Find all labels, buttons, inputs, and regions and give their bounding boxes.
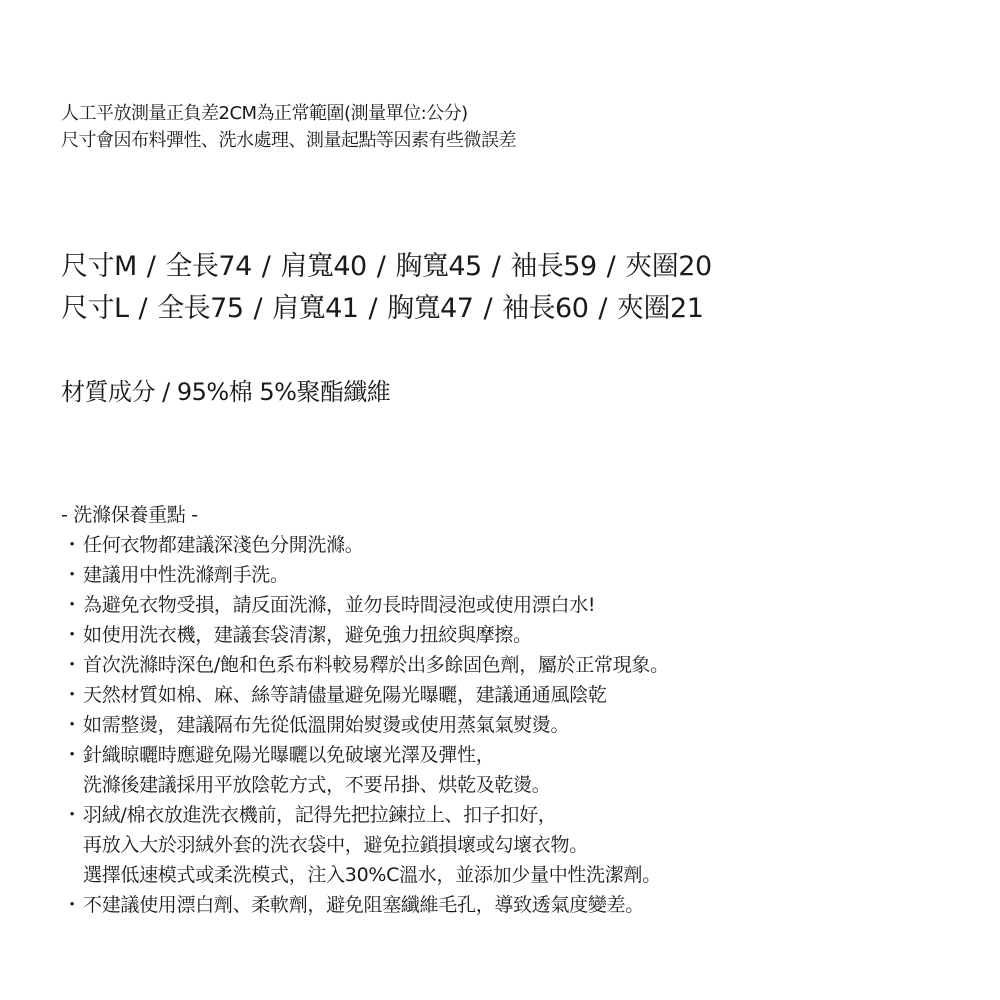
bullet-icon: ・ (61, 740, 83, 800)
shoulder-width: 肩寬41 (272, 293, 358, 324)
care-item: ・ 任何衣物都建議深淺色分開洗滌。 (61, 530, 669, 560)
care-title: - 洗滌保養重點 - (61, 500, 669, 530)
care-text: 洗滌後建議採用平放陰乾方式，不要吊掛、烘乾及乾燙。 (83, 770, 551, 800)
care-item: ・ 為避免衣物受損，請反面洗滌，並勿長時間浸泡或使用漂白水! (61, 590, 669, 620)
care-text: 首次洗滌時深色/飽和色系布料較易釋於出多餘固色劑，屬於正常現象。 (83, 650, 669, 680)
care-text: 建議用中性洗滌劑手洗。 (83, 560, 289, 590)
bullet-icon: ・ (61, 530, 83, 560)
bullet-icon: ・ (61, 590, 83, 620)
care-text: 選擇低速模式或柔洗模式，注入30%C溫水，並添加少量中性洗潔劑。 (83, 860, 661, 890)
separator: / (139, 293, 148, 324)
bullet-icon: ・ (61, 710, 83, 740)
total-length: 全長74 (165, 251, 251, 282)
bullet-icon: ・ (61, 620, 83, 650)
sleeve-length: 袖長59 (510, 251, 596, 282)
separator: / (147, 251, 156, 282)
size-label: 尺寸M (61, 251, 137, 282)
care-item: ・ 如使用洗衣機，建議套袋清潔，避免強力扭絞與摩擦。 (61, 620, 669, 650)
bullet-icon: ・ (61, 680, 83, 710)
measurement-note: 人工平放測量正負差2CM為正常範圍(測量單位:公分) 尺寸會因布料彈性、洗水處理… (61, 100, 516, 154)
size-row-l: 尺寸L/全長75/肩寬41/胸寬47/袖長60/夾圈21 (61, 288, 712, 330)
care-item: ・ 羽絨/棉衣放進洗衣機前，記得先把拉鍊拉上、扣子扣好， 再放入大於羽絨外套的洗… (61, 800, 669, 890)
chest-width: 胸寬45 (395, 251, 481, 282)
bullet-icon: ・ (61, 560, 83, 590)
bullet-icon: ・ (61, 890, 83, 920)
care-text: 不建議使用漂白劑、柔軟劑，避免阻塞纖維毛孔，導致透氣度變差。 (83, 890, 644, 920)
bullet-icon: ・ (61, 800, 83, 890)
separator: / (483, 293, 492, 324)
care-instructions: - 洗滌保養重點 - ・ 任何衣物都建議深淺色分開洗滌。 ・ 建議用中性洗滌劑手… (61, 500, 669, 920)
chest-width: 胸寬47 (387, 293, 473, 324)
separator: / (262, 251, 271, 282)
care-text: 再放入大於羽絨外套的洗衣袋中，避免拉鎖損壞或勾壞衣物。 (83, 830, 661, 860)
care-text: 羽絨/棉衣放進洗衣機前，記得先把拉鍊拉上、扣子扣好， (83, 800, 661, 830)
care-text: 如需整燙，建議隔布先從低溫開始熨燙或使用蒸氣氣熨燙。 (83, 710, 569, 740)
care-item: ・ 不建議使用漂白劑、柔軟劑，避免阻塞纖維毛孔，導致透氣度變差。 (61, 890, 669, 920)
bullet-icon: ・ (61, 650, 83, 680)
care-item: ・ 首次洗滌時深色/飽和色系布料較易釋於出多餘固色劑，屬於正常現象。 (61, 650, 669, 680)
armhole: 夾圈21 (617, 293, 703, 324)
care-text: 針織晾曬時應避免陽光曝曬以免破壞光澤及彈性， (83, 740, 551, 770)
size-chart: 尺寸M/全長74/肩寬40/胸寬45/袖長59/夾圈20 尺寸L/全長75/肩寬… (61, 246, 712, 330)
care-item: ・ 建議用中性洗滌劑手洗。 (61, 560, 669, 590)
care-item: ・ 天然材質如棉、麻、絲等請儘量避免陽光曝曬，建議通通風陰乾 (61, 680, 669, 710)
separator: / (368, 293, 377, 324)
separator: / (598, 293, 607, 324)
care-text: 為避免衣物受損，請反面洗滌，並勿長時間浸泡或使用漂白水! (83, 590, 595, 620)
material-composition: 材質成分 / 95%棉 5%聚酯纖維 (61, 374, 390, 410)
care-text: 天然材質如棉、麻、絲等請儘量避免陽光曝曬，建議通通風陰乾 (83, 680, 607, 710)
separator: / (607, 251, 616, 282)
care-text: 如使用洗衣機，建議套袋清潔，避免強力扭絞與摩擦。 (83, 620, 532, 650)
care-text: 任何衣物都建議深淺色分開洗滌。 (83, 530, 364, 560)
size-label: 尺寸L (61, 293, 129, 324)
measurement-note-line: 人工平放測量正負差2CM為正常範圍(測量單位:公分) (61, 100, 516, 127)
care-item: ・ 如需整燙，建議隔布先從低溫開始熨燙或使用蒸氣氣熨燙。 (61, 710, 669, 740)
separator: / (492, 251, 501, 282)
shoulder-width: 肩寬40 (280, 251, 366, 282)
care-item: ・ 針織晾曬時應避免陽光曝曬以免破壞光澤及彈性， 洗滌後建議採用平放陰乾方式，不… (61, 740, 669, 800)
measurement-note-line: 尺寸會因布料彈性、洗水處理、測量起點等因素有些微誤差 (61, 127, 516, 154)
separator: / (377, 251, 386, 282)
total-length: 全長75 (157, 293, 243, 324)
sleeve-length: 袖長60 (502, 293, 588, 324)
size-row-m: 尺寸M/全長74/肩寬40/胸寬45/袖長59/夾圈20 (61, 246, 712, 288)
separator: / (254, 293, 263, 324)
armhole: 夾圈20 (625, 251, 711, 282)
